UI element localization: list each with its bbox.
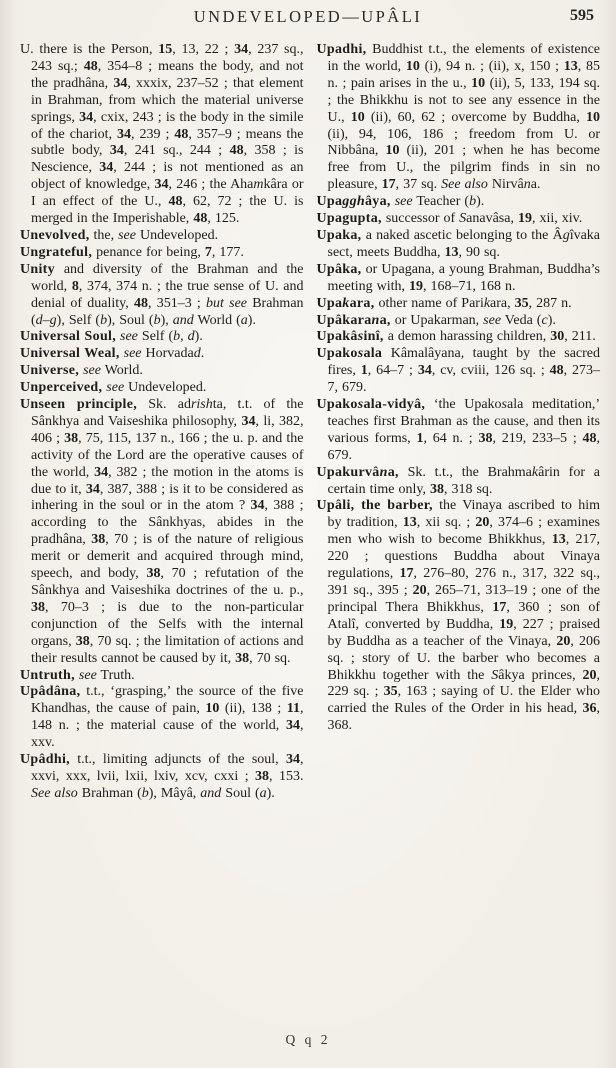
index-entry: Upagupta, successor of Sanavâsa, 19, xii…: [317, 211, 601, 228]
index-entry: Unperceived, see Undeveloped.: [20, 380, 304, 397]
index-entry: Untruth, see Truth.: [20, 668, 304, 685]
entry-headword: Upakâsinî,: [317, 329, 384, 344]
entry-headword: Unity: [20, 262, 55, 277]
index-entry: Upakosala-vidyâ, ‘the Upakosala meditati…: [317, 397, 601, 465]
entry-headword: Upagghâya,: [317, 194, 391, 209]
entry-headword: Universe,: [20, 363, 79, 378]
book-page: UNDEVELOPED—UPÂLI 595 U. there is the Pe…: [0, 0, 616, 1068]
page-number: 595: [570, 7, 594, 25]
entry-headword: Unseen principle,: [20, 397, 137, 412]
entry-headword: Universal Soul,: [20, 329, 116, 344]
index-entry: Universal Soul, see Self (b, d).: [20, 329, 304, 346]
index-entry: Upaka, a naked ascetic belonging to the …: [317, 228, 601, 262]
index-entry: Ungrateful, penance for being, 7, 177.: [20, 245, 304, 262]
running-head-title: UNDEVELOPED—UPÂLI: [0, 7, 616, 27]
entry-headword: Upakosala-vidyâ,: [317, 397, 426, 412]
index-entry: Upâdâna, t.t., ‘grasping,’ the source of…: [20, 684, 304, 752]
index-entry: Upagghâya, see Teacher (b).: [317, 194, 601, 211]
index-entry: Universal Weal, see Horvadad.: [20, 346, 304, 363]
right-column: Upadhi, Buddhist t.t., the elements of e…: [317, 42, 601, 803]
entry-headword: Upâdâna,: [20, 684, 80, 699]
entry-headword: Upâkarana,: [317, 313, 391, 328]
entry-headword: Upakosala: [317, 346, 383, 361]
entry-headword: Upâli, the barber,: [317, 498, 433, 513]
index-entry: Upakosala Kâmalâyana, taught by the sacr…: [317, 346, 601, 397]
index-entry: Unevolved, the, see Undeveloped.: [20, 228, 304, 245]
entry-headword: Universal Weal,: [20, 346, 120, 361]
entry-headword: Unperceived,: [20, 380, 102, 395]
index-entry: Unity and diversity of the Brahman and t…: [20, 262, 304, 330]
entry-headword: Upâdhi,: [20, 752, 70, 767]
printer-signature: Q q 2: [0, 1032, 616, 1048]
index-entry: Upâdhi, t.t., limiting adjuncts of the s…: [20, 752, 304, 803]
entry-headword: Unevolved,: [20, 228, 90, 243]
entry-headword: Upakurvâna,: [317, 465, 399, 480]
index-entry: Upakara, other name of Parikara, 35, 287…: [317, 296, 601, 313]
entry-headword: Upadhi,: [317, 42, 367, 57]
index-entry: Upâkarana, or Upakarman, see Veda (c).: [317, 313, 601, 330]
index-entry: Universe, see World.: [20, 363, 304, 380]
index-entry: Upadhi, Buddhist t.t., the elements of e…: [317, 42, 601, 194]
index-entry: Upakâsinî, a demon harassing children, 3…: [317, 329, 601, 346]
entry-headword: Upagupta,: [317, 211, 382, 226]
index-entry: Unseen principle, Sk. adrishta, t.t. of …: [20, 397, 304, 668]
index-entry: U. there is the Person, 15, 13, 22 ; 34,…: [20, 42, 304, 228]
index-entry: Upâka, or Upagana, a young Brahman, Budd…: [317, 262, 601, 296]
entry-headword: Upaka,: [317, 228, 362, 243]
entry-headword: Ungrateful,: [20, 245, 92, 260]
entry-headword: Upakara,: [317, 296, 375, 311]
page-header: UNDEVELOPED—UPÂLI 595: [0, 7, 616, 37]
index-entry: Upakurvâna, Sk. t.t., the Brahmakârin fo…: [317, 465, 601, 499]
entry-headword: Upâka,: [317, 262, 362, 277]
index-columns: U. there is the Person, 15, 13, 22 ; 34,…: [0, 37, 616, 803]
left-column: U. there is the Person, 15, 13, 22 ; 34,…: [20, 42, 304, 803]
entry-headword: Untruth,: [20, 668, 75, 683]
index-entry: Upâli, the barber, the Vinaya ascribed t…: [317, 498, 601, 735]
